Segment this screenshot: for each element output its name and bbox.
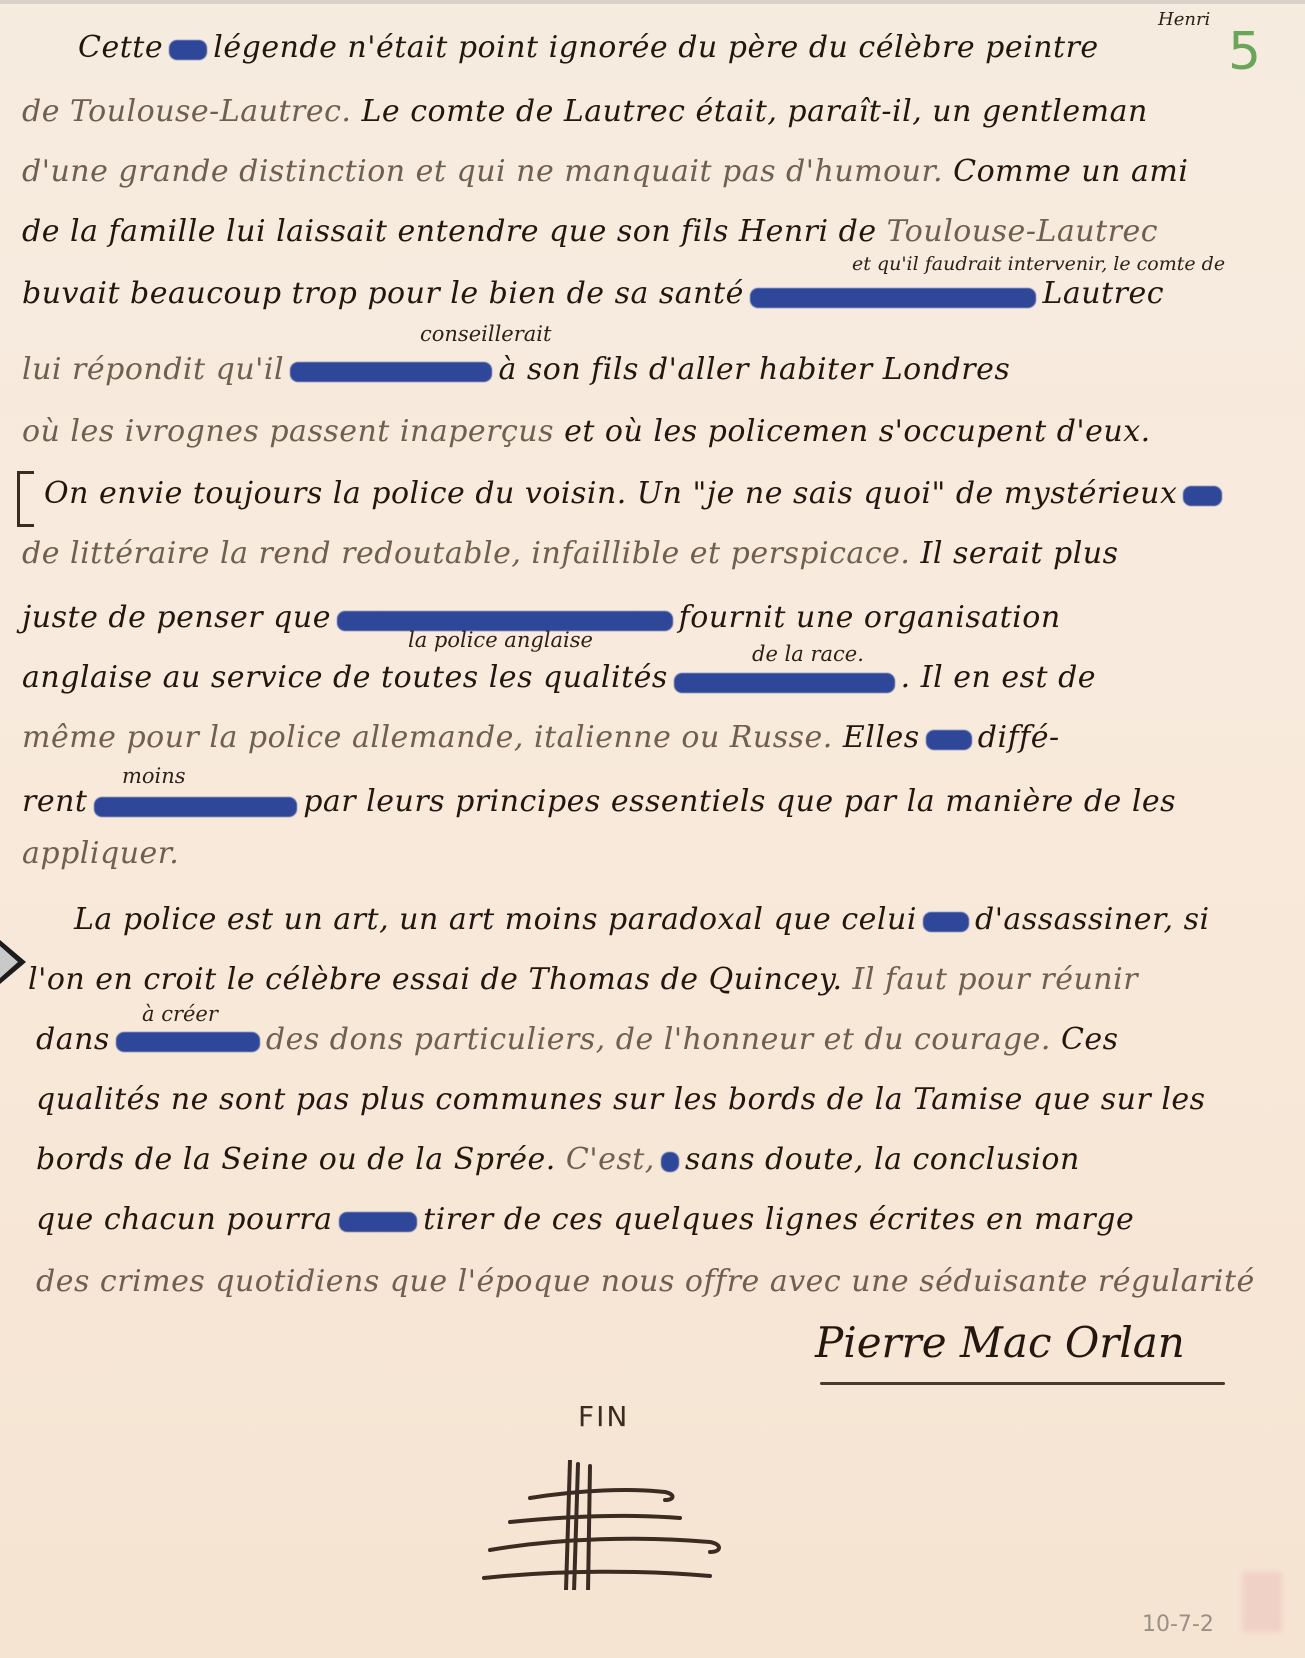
line-text: qualités ne sont pas plus communes sur l…	[36, 1082, 1206, 1117]
manuscript-line-13: rent particulièrement par leurs principe…	[22, 784, 1176, 823]
line-text: de Toulouse-Lautrec.	[22, 94, 351, 129]
struck-mark: ·	[665, 1142, 675, 1178]
manuscript-line-21: des crimes quotidiens que l'époque nous …	[36, 1264, 1255, 1300]
line-text: La police est un art, un art moins parad…	[74, 902, 917, 937]
manuscript-line-7: où les ivrognes passent inaperçus et où …	[22, 414, 1151, 450]
line-text: . Il en est de	[901, 660, 1096, 695]
line-text: d'assassiner, si	[975, 902, 1210, 937]
insertion-qu-il-faudrait: et qu'il faudrait intervenir, le comte d…	[852, 252, 1225, 276]
line-text: rent	[22, 784, 87, 819]
line-text: sans doute, la conclusion	[685, 1142, 1080, 1177]
struck-phrase: et qu'il faudrait intervenir	[754, 278, 1033, 314]
line-text: et où les policemen s'occupent d'eux.	[564, 414, 1151, 449]
manuscript-line-4: de la famille lui laissait entendre que …	[22, 214, 1158, 250]
line-text: à son fils d'aller habiter Londres	[498, 352, 1010, 387]
line-text: buvait beaucoup trop pour le bien de sa …	[22, 276, 744, 311]
line-text: Comme un ami	[953, 154, 1188, 189]
struck-word: conseillerait	[294, 352, 488, 388]
manuscript-line-2: de Toulouse-Lautrec. Le comte de Lautrec…	[22, 94, 1148, 130]
struck-word: de	[927, 902, 965, 938]
struck-word: tirer	[343, 1202, 414, 1238]
line-text: que chacun pourra	[36, 1202, 332, 1237]
line-text: Cette	[78, 30, 163, 65]
line-text: lui répondit qu'il	[22, 352, 284, 387]
line-text: Il serait plus	[920, 536, 1118, 571]
manuscript-line-3: d'une grande distinction et qui ne manqu…	[22, 154, 1188, 190]
line-text: bords de la Seine ou de la Sprée.	[36, 1142, 556, 1177]
line-text: appliquer.	[22, 836, 179, 871]
struck-word: ne	[930, 720, 968, 756]
insertion-henri: Henri	[1158, 8, 1210, 32]
insertion-moins: moins	[122, 764, 186, 788]
line-text: où les ivrognes passent inaperçus	[22, 414, 554, 449]
manuscript-line-1: Cette ··· légende n'était point ignorée …	[78, 30, 1099, 66]
line-text: même pour la police allemande, italienne…	[22, 720, 833, 755]
manuscript-line-20: que chacun pourra tirer tirer de ces que…	[36, 1202, 1134, 1238]
line-text: des dons particuliers, de l'honneur et d…	[266, 1022, 1051, 1057]
struck-word: particulièrement	[98, 787, 294, 823]
insertion-de-la-race: de la race.	[752, 642, 864, 666]
line-text: d'une grande distinction et qui ne manqu…	[22, 154, 943, 189]
manuscript-line-19: bords de la Seine ou de la Sprée. C'est,…	[36, 1142, 1080, 1178]
insertion-conseillerait: conseillerait	[420, 322, 551, 346]
manuscript-page: 5 Cette ··· légende n'était point ignoré…	[0, 0, 1305, 1658]
line-text: légende n'était point ignorée du père du…	[213, 30, 1098, 65]
line-text: de la famille lui laissait entendre que …	[22, 214, 877, 249]
manuscript-line-11: anglaise au service de toutes les qualit…	[22, 660, 1096, 699]
line-text: On envie toujours la police du voisin. U…	[44, 476, 1177, 511]
insertion-la-police-anglaise: la police anglaise	[408, 628, 593, 652]
line-text: Toulouse-Lautrec	[887, 214, 1158, 249]
manuscript-line-18: qualités ne sont pas plus communes sur l…	[36, 1082, 1206, 1118]
manuscript-line-17: dans un corps des dons particuliers, de …	[36, 1022, 1119, 1058]
line-text: par leurs principes essentiels que par l…	[303, 784, 1176, 819]
archive-reference-number: 10-7-2	[1142, 1612, 1214, 1637]
signature-underline	[820, 1382, 1225, 1385]
line-text: Lautrec	[1042, 276, 1164, 311]
line-text: anglaise au service de toutes les qualit…	[22, 660, 668, 695]
struck-word: ···	[173, 30, 203, 66]
manuscript-line-15: La police est un art, un art moins parad…	[74, 902, 1210, 938]
manuscript-line-12: même pour la police allemande, italienne…	[22, 720, 1060, 756]
manuscript-line-14: appliquer.	[22, 836, 179, 872]
line-text: dans	[36, 1022, 110, 1057]
faded-red-stamp	[1242, 1572, 1282, 1632]
line-text: diffé-	[978, 720, 1060, 755]
manuscript-line-5: buvait beaucoup trop pour le bien de sa …	[22, 276, 1164, 314]
line-text: juste de penser que	[22, 600, 331, 635]
insertion-a-creer: à créer	[142, 1002, 218, 1026]
end-flourish-mark	[470, 1460, 770, 1590]
line-text: l'on en croit le célèbre essai de Thomas…	[28, 962, 842, 997]
line-text: fournit une organisation	[679, 600, 1061, 635]
manuscript-line-6: lui répondit qu'il conseillerait à son f…	[22, 352, 1010, 388]
line-text: des crimes quotidiens que l'époque nous …	[36, 1264, 1255, 1299]
author-signature: Pierre Mac Orlan	[815, 1318, 1185, 1367]
line-text: tirer de ces quelques lignes écrites en …	[423, 1202, 1134, 1237]
line-text: Le comte de Lautrec était, paraît-il, un…	[362, 94, 1148, 129]
line-text: C'est,	[566, 1142, 655, 1177]
page-number: 5	[1228, 22, 1261, 82]
line-text: de littéraire la rend redoutable, infail…	[22, 536, 910, 571]
page-tear-highlight	[0, 946, 18, 978]
struck-word: un corps	[120, 1022, 256, 1058]
struck-phrase: particulières de la	[678, 663, 891, 699]
paragraph-bracket	[17, 471, 34, 527]
page-top-edge	[0, 0, 1305, 4]
struck-word: et	[1187, 476, 1218, 512]
manuscript-line-9: de littéraire la rend redoutable, infail…	[22, 536, 1119, 572]
line-text: Il faut pour réunir	[853, 962, 1139, 997]
manuscript-line-8: On envie toujours la police du voisin. U…	[44, 476, 1218, 512]
line-text: Ces	[1061, 1022, 1119, 1057]
line-text: Elles	[843, 720, 920, 755]
manuscript-line-16: l'on en croit le célèbre essai de Thomas…	[28, 962, 1138, 998]
fin-label: FIN	[578, 1400, 629, 1433]
